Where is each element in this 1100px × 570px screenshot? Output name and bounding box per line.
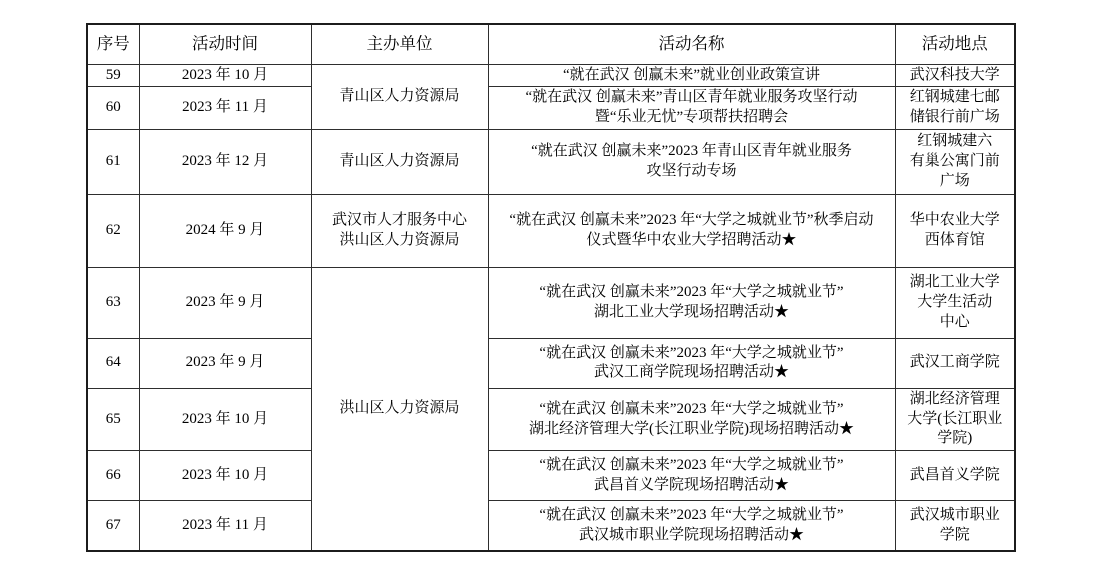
cell-seq: 64: [87, 338, 139, 388]
cell-organizer: 青山区人力资源局: [311, 129, 488, 194]
table-row: 65 2023 年 10 月 “就在武汉 创赢未来”2023 年“大学之城就业节…: [87, 388, 1015, 450]
cell-time: 2023 年 12 月: [139, 129, 311, 194]
cell-time: 2023 年 10 月: [139, 64, 311, 87]
cell-organizer: 武汉市人才服务中心 洪山区人力资源局: [311, 194, 488, 267]
cell-location: 武汉工商学院: [895, 338, 1015, 388]
cell-seq: 61: [87, 129, 139, 194]
cell-location: 武汉城市职业 学院: [895, 501, 1015, 551]
cell-name: “就在武汉 创赢未来”2023 年“大学之城就业节”秋季启动 仪式暨华中农业大学…: [488, 194, 895, 267]
cell-time: 2023 年 11 月: [139, 501, 311, 551]
col-header-seq: 序号: [87, 24, 139, 64]
activities-table: 序号 活动时间 主办单位 活动名称 活动地点 59 2023 年 10 月 青山…: [86, 23, 1016, 552]
cell-name: “就在武汉 创赢未来”2023 年“大学之城就业节” 湖北工业大学现场招聘活动★: [488, 267, 895, 338]
cell-name: “就在武汉 创赢未来”2023 年“大学之城就业节” 湖北经济管理大学(长江职业…: [488, 388, 895, 450]
cell-location: 武昌首义学院: [895, 451, 1015, 501]
cell-time: 2023 年 10 月: [139, 388, 311, 450]
col-header-location: 活动地点: [895, 24, 1015, 64]
cell-seq: 59: [87, 64, 139, 87]
cell-organizer: 洪山区人力资源局: [311, 267, 488, 550]
cell-time: 2023 年 9 月: [139, 267, 311, 338]
cell-seq: 67: [87, 501, 139, 551]
col-header-organizer: 主办单位: [311, 24, 488, 64]
table-row: 62 2024 年 9 月 武汉市人才服务中心 洪山区人力资源局 “就在武汉 创…: [87, 194, 1015, 267]
cell-time: 2023 年 9 月: [139, 338, 311, 388]
cell-name: “就在武汉 创赢未来”2023 年“大学之城就业节” 武汉工商学院现场招聘活动★: [488, 338, 895, 388]
cell-seq: 63: [87, 267, 139, 338]
cell-location: 武汉科技大学: [895, 64, 1015, 87]
cell-name: “就在武汉 创赢未来”青山区青年就业服务攻坚行动 暨“乐业无忧”专项帮扶招聘会: [488, 87, 895, 130]
table-row: 59 2023 年 10 月 青山区人力资源局 “就在武汉 创赢未来”就业创业政…: [87, 64, 1015, 87]
cell-location: 红钢城建七邮 储银行前广场: [895, 87, 1015, 130]
table-row: 64 2023 年 9 月 “就在武汉 创赢未来”2023 年“大学之城就业节”…: [87, 338, 1015, 388]
cell-seq: 65: [87, 388, 139, 450]
table-row: 60 2023 年 11 月 “就在武汉 创赢未来”青山区青年就业服务攻坚行动 …: [87, 87, 1015, 130]
cell-name: “就在武汉 创赢未来”2023 年“大学之城就业节” 武昌首义学院现场招聘活动★: [488, 451, 895, 501]
table-row: 66 2023 年 10 月 “就在武汉 创赢未来”2023 年“大学之城就业节…: [87, 451, 1015, 501]
col-header-time: 活动时间: [139, 24, 311, 64]
cell-time: 2023 年 10 月: [139, 451, 311, 501]
col-header-name: 活动名称: [488, 24, 895, 64]
cell-organizer: 青山区人力资源局: [311, 64, 488, 129]
table-row: 61 2023 年 12 月 青山区人力资源局 “就在武汉 创赢未来”2023 …: [87, 129, 1015, 194]
cell-time: 2024 年 9 月: [139, 194, 311, 267]
cell-seq: 62: [87, 194, 139, 267]
cell-time: 2023 年 11 月: [139, 87, 311, 130]
cell-location: 华中农业大学 西体育馆: [895, 194, 1015, 267]
table-row: 67 2023 年 11 月 “就在武汉 创赢未来”2023 年“大学之城就业节…: [87, 501, 1015, 551]
document-page: 序号 活动时间 主办单位 活动名称 活动地点 59 2023 年 10 月 青山…: [0, 0, 1100, 570]
table-row: 63 2023 年 9 月 洪山区人力资源局 “就在武汉 创赢未来”2023 年…: [87, 267, 1015, 338]
cell-name: “就在武汉 创赢未来”2023 年“大学之城就业节” 武汉城市职业学院现场招聘活…: [488, 501, 895, 551]
cell-seq: 66: [87, 451, 139, 501]
cell-location: 红钢城建六 有巢公寓门前 广场: [895, 129, 1015, 194]
cell-location: 湖北工业大学 大学生活动 中心: [895, 267, 1015, 338]
cell-seq: 60: [87, 87, 139, 130]
cell-name: “就在武汉 创赢未来”2023 年青山区青年就业服务 攻坚行动专场: [488, 129, 895, 194]
header-row: 序号 活动时间 主办单位 活动名称 活动地点: [87, 24, 1015, 64]
cell-name: “就在武汉 创赢未来”就业创业政策宣讲: [488, 64, 895, 87]
cell-location: 湖北经济管理 大学(长江职业 学院): [895, 388, 1015, 450]
